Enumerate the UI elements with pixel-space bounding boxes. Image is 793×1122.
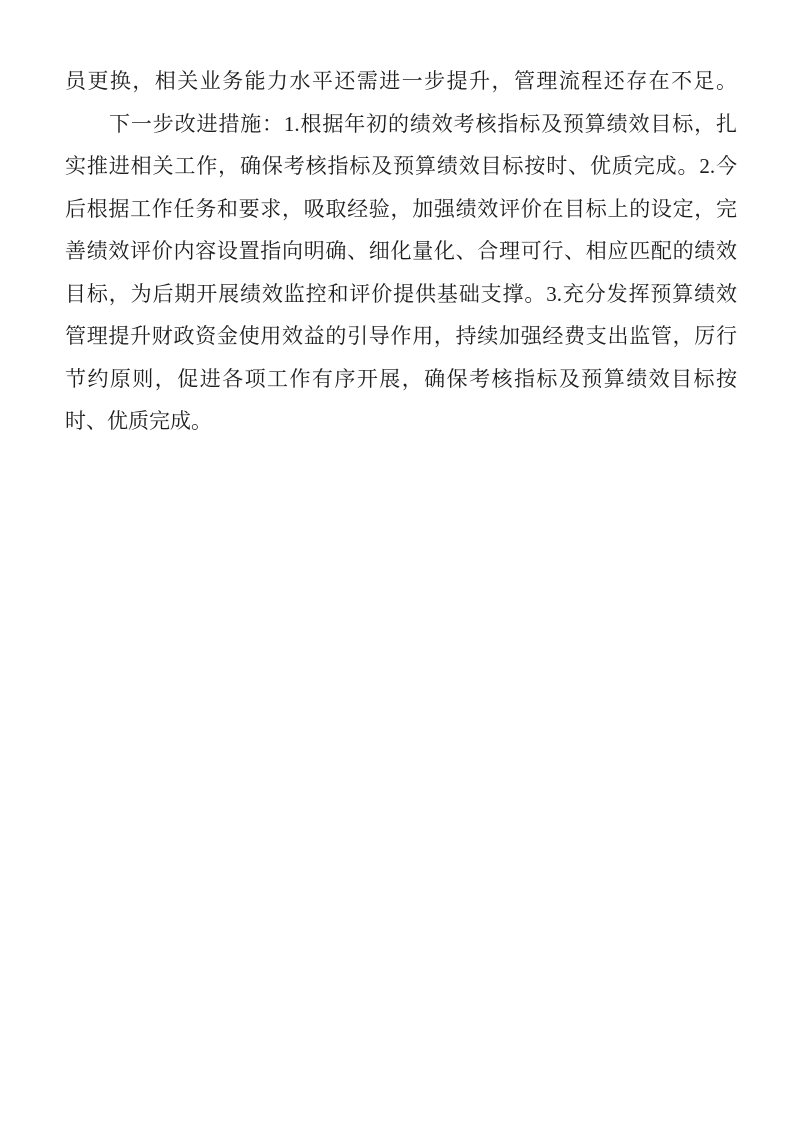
text-line: 时、优质完成。 [65, 400, 737, 443]
text-line: 员更换，相关业务能力水平还需进一步提升，管理流程还存在不足。 [65, 60, 737, 103]
text-line: 下一步改进措施：1.根据年初的绩效考核指标及预算绩效目标，扎 [65, 103, 737, 146]
text-line: 管理提升财政资金使用效益的引导作用，持续加强经费支出监管，厉行 [65, 315, 737, 358]
document-body: 员更换，相关业务能力水平还需进一步提升，管理流程还存在不足。 下一步改进措施：1… [65, 60, 737, 443]
text-line: 后根据工作任务和要求，吸取经验，加强绩效评价在目标上的设定，完 [65, 188, 737, 231]
text-line: 善绩效评价内容设置指向明确、细化量化、合理可行、相应匹配的绩效 [65, 230, 737, 273]
text-line: 节约原则，促进各项工作有序开展，确保考核指标及预算绩效目标按 [65, 358, 737, 401]
document-page: 员更换，相关业务能力水平还需进一步提升，管理流程还存在不足。 下一步改进措施：1… [0, 0, 793, 1122]
text-line: 目标，为后期开展绩效监控和评价提供基础支撑。3.充分发挥预算绩效 [65, 273, 737, 316]
text-line: 实推进相关工作，确保考核指标及预算绩效目标按时、优质完成。2.今 [65, 145, 737, 188]
